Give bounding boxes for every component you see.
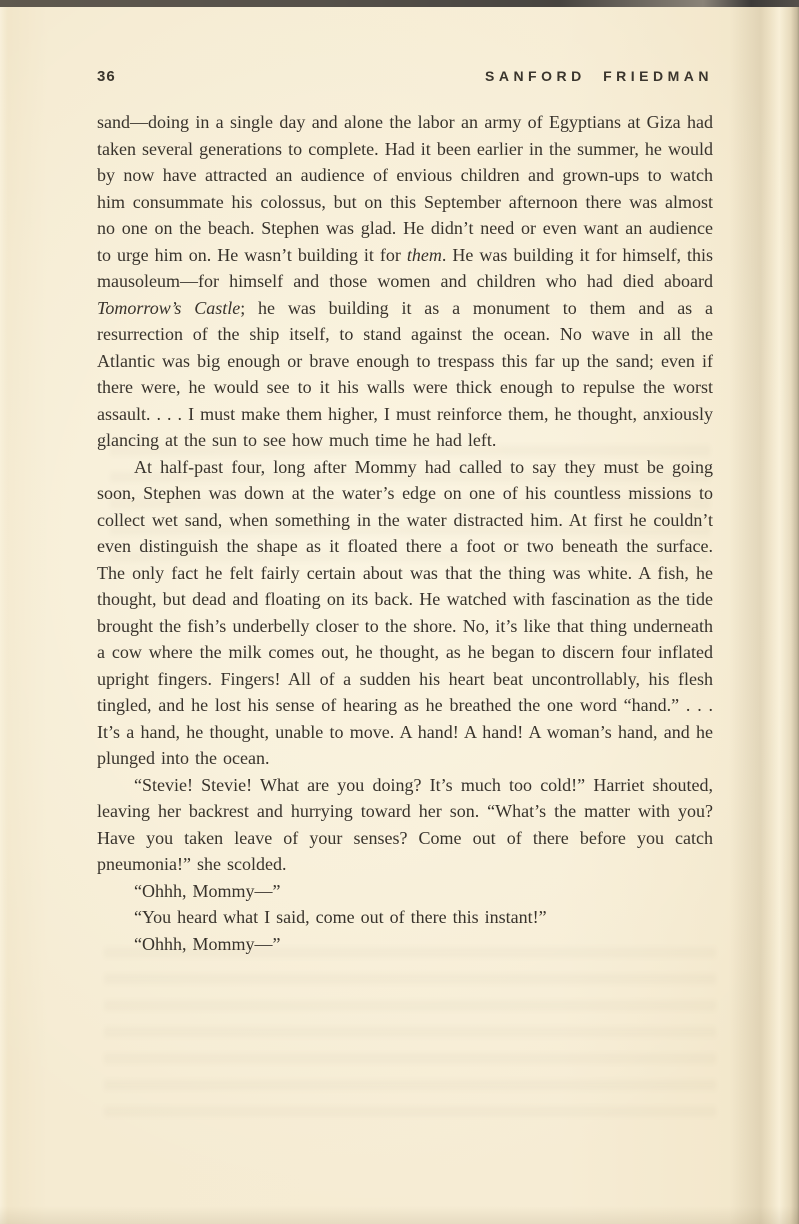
body-text-run: “Stevie! Stevie! What are you doing? It’… bbox=[97, 775, 713, 875]
body-paragraph: “Stevie! Stevie! What are you doing? It’… bbox=[97, 772, 713, 878]
body-text-run: “Ohhh, Mommy—” bbox=[134, 881, 280, 901]
page-number: 36 bbox=[97, 68, 116, 85]
page-edge-shadow bbox=[729, 7, 799, 1224]
ink-bleedthrough-texture bbox=[104, 938, 716, 1118]
page-header: 36 SANFORD FRIEDMAN bbox=[97, 68, 713, 85]
body-text-run: sand—doing in a single day and alone the… bbox=[97, 112, 713, 265]
body-paragraph: sand—doing in a single day and alone the… bbox=[97, 109, 713, 454]
page-bottom-shadow bbox=[0, 1206, 799, 1224]
scan-top-edge bbox=[0, 0, 799, 7]
body-text-run: ; he was building it as a monument to th… bbox=[97, 298, 713, 451]
body-text-run: “You heard what I said, come out of ther… bbox=[134, 907, 547, 927]
running-head-author: SANFORD FRIEDMAN bbox=[485, 68, 713, 84]
body-paragraph: “Ohhh, Mommy—” bbox=[97, 931, 713, 958]
body-paragraph: “You heard what I said, come out of ther… bbox=[97, 904, 713, 931]
page-content: 36 SANFORD FRIEDMAN sand—doing in a sing… bbox=[97, 68, 713, 957]
body-paragraph: At half-past four, long after Mommy had … bbox=[97, 454, 713, 772]
body-paragraph: “Ohhh, Mommy—” bbox=[97, 878, 713, 905]
body-text-run: At half-past four, long after Mommy had … bbox=[97, 457, 713, 769]
page-text: sand—doing in a single day and alone the… bbox=[97, 109, 713, 957]
body-text-run: “Ohhh, Mommy—” bbox=[134, 934, 280, 954]
italic-text: them bbox=[407, 245, 442, 265]
scanned-book-page: 36 SANFORD FRIEDMAN sand—doing in a sing… bbox=[0, 0, 799, 1224]
page-left-edge-highlight bbox=[0, 7, 8, 1224]
italic-text: Tomorrow’s Castle bbox=[97, 298, 240, 318]
